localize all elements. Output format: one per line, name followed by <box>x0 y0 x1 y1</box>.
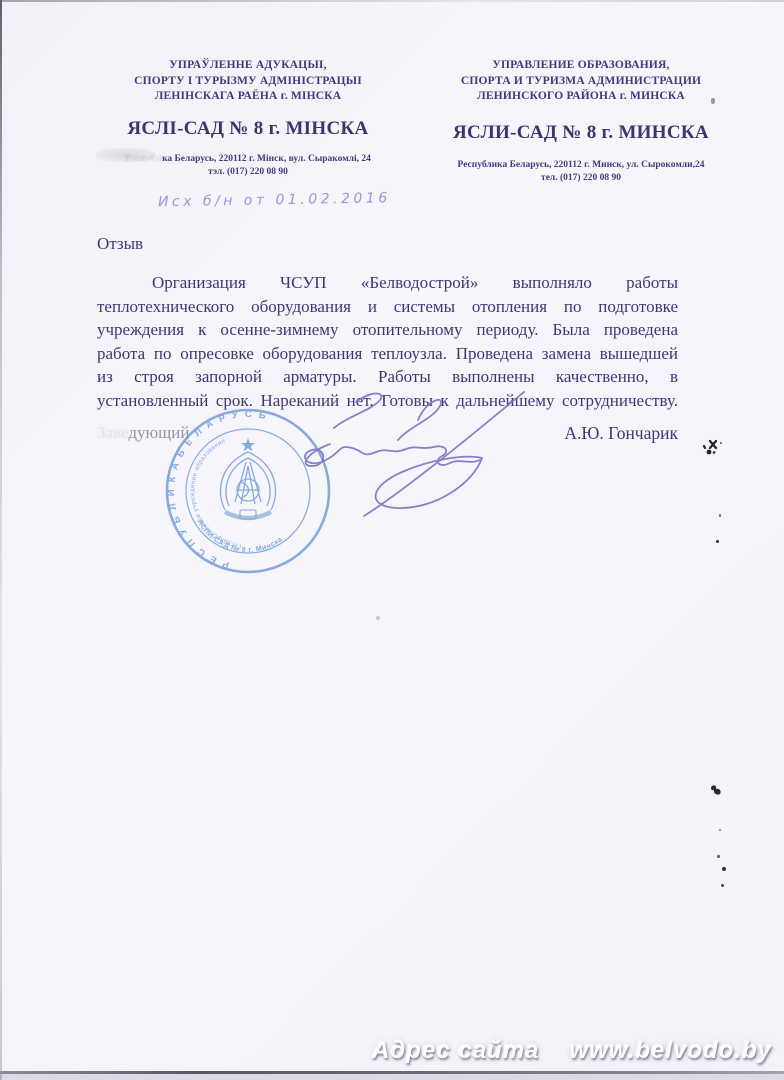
address-text: ка Беларусь, 220112 г. Мінск, вул. Сырак… <box>162 154 371 164</box>
org-name-line: УПРАВЛЕНИЕ ОБРАЗОВАНИЯ, <box>415 58 747 74</box>
institution-name: ЯСЛІ-САД № 8 г. МІНСКА <box>82 118 414 140</box>
phone-number: тел. (017) 220 08 90 <box>541 173 621 183</box>
stamp-institution-type-text: Государственное учреждение образования <box>189 437 242 549</box>
body-line: учреждения к осенне-зимнему отопительном… <box>97 318 678 342</box>
scan-speck <box>376 616 380 620</box>
watermark-label: Адрес сайта <box>372 1037 540 1064</box>
handwritten-reference: Исх б/н от 01.02.2016 <box>158 190 418 211</box>
ink-blot-cross <box>702 438 724 458</box>
scan-speck <box>711 98 715 104</box>
scan-speck <box>717 855 720 858</box>
org-name-line: ЛЕНІНСКАГА РАЁНА г. МІНСКА <box>82 89 414 105</box>
site-watermark: Адрес сайтаwww.belvodo.by <box>372 1037 772 1065</box>
document-title: Отзыв <box>97 234 143 254</box>
body-line: Организация ЧСУП «Белводострой» выполнял… <box>97 271 678 295</box>
scan-edge-top <box>0 0 784 2</box>
scan-speck <box>719 829 721 831</box>
scan-speck <box>719 514 721 517</box>
body-line: теплотехнического оборудования и системы… <box>97 295 678 319</box>
org-name-line: УПРАЎЛЕННЕ АДУКАЦЫІ, <box>82 58 414 74</box>
watermark-url: www.belvodo.by <box>570 1037 772 1064</box>
star-icon <box>241 438 255 451</box>
scan-speck <box>721 884 724 887</box>
org-name-line: СПОРТУ І ТУРЫЗМУ АДМІНІСТРАЦЫІ <box>82 74 414 90</box>
scanned-letter-page: { "header_left": { "org_lines": ["УПРАЎЛ… <box>0 0 784 1080</box>
whiteout-smudge <box>96 148 156 162</box>
svg-text:Государственное учреждение обр: Государственное учреждение образования <box>189 437 242 549</box>
scan-speck <box>716 540 719 543</box>
address-text: Республика Беларусь, 220112 г. Минск, ул… <box>458 160 705 170</box>
institution-address: Республика Беларусь, 220112 г. Минск, ул… <box>415 159 747 185</box>
org-name-line: СПОРТА И ТУРИЗМА АДМИНИСТРАЦИИ <box>415 74 747 90</box>
scan-edge-bottom-strip <box>0 1074 784 1080</box>
scan-speck <box>722 867 726 871</box>
body-line: работа по опресовке оборудования теплоуз… <box>97 342 678 366</box>
scan-edge-left <box>0 0 2 1080</box>
institution-name: ЯСЛИ-САД № 8 г. МИНСКА <box>415 122 747 144</box>
signer-name: А.Ю. Гончарик <box>564 423 678 444</box>
org-name-line: ЛЕНИНСКОГО РАЙОНА г. МИНСКА <box>415 89 747 105</box>
signer-role-faded: Заве <box>97 423 128 442</box>
ink-blot <box>708 783 724 797</box>
scan-edge-bottom-line <box>0 1071 784 1074</box>
phone-number: тэл. (017) 220 08 90 <box>208 167 288 177</box>
letterhead-russian: УПРАВЛЕНИЕ ОБРАЗОВАНИЯ, СПОРТА И ТУРИЗМА… <box>415 58 747 185</box>
pen-signature <box>268 386 558 536</box>
